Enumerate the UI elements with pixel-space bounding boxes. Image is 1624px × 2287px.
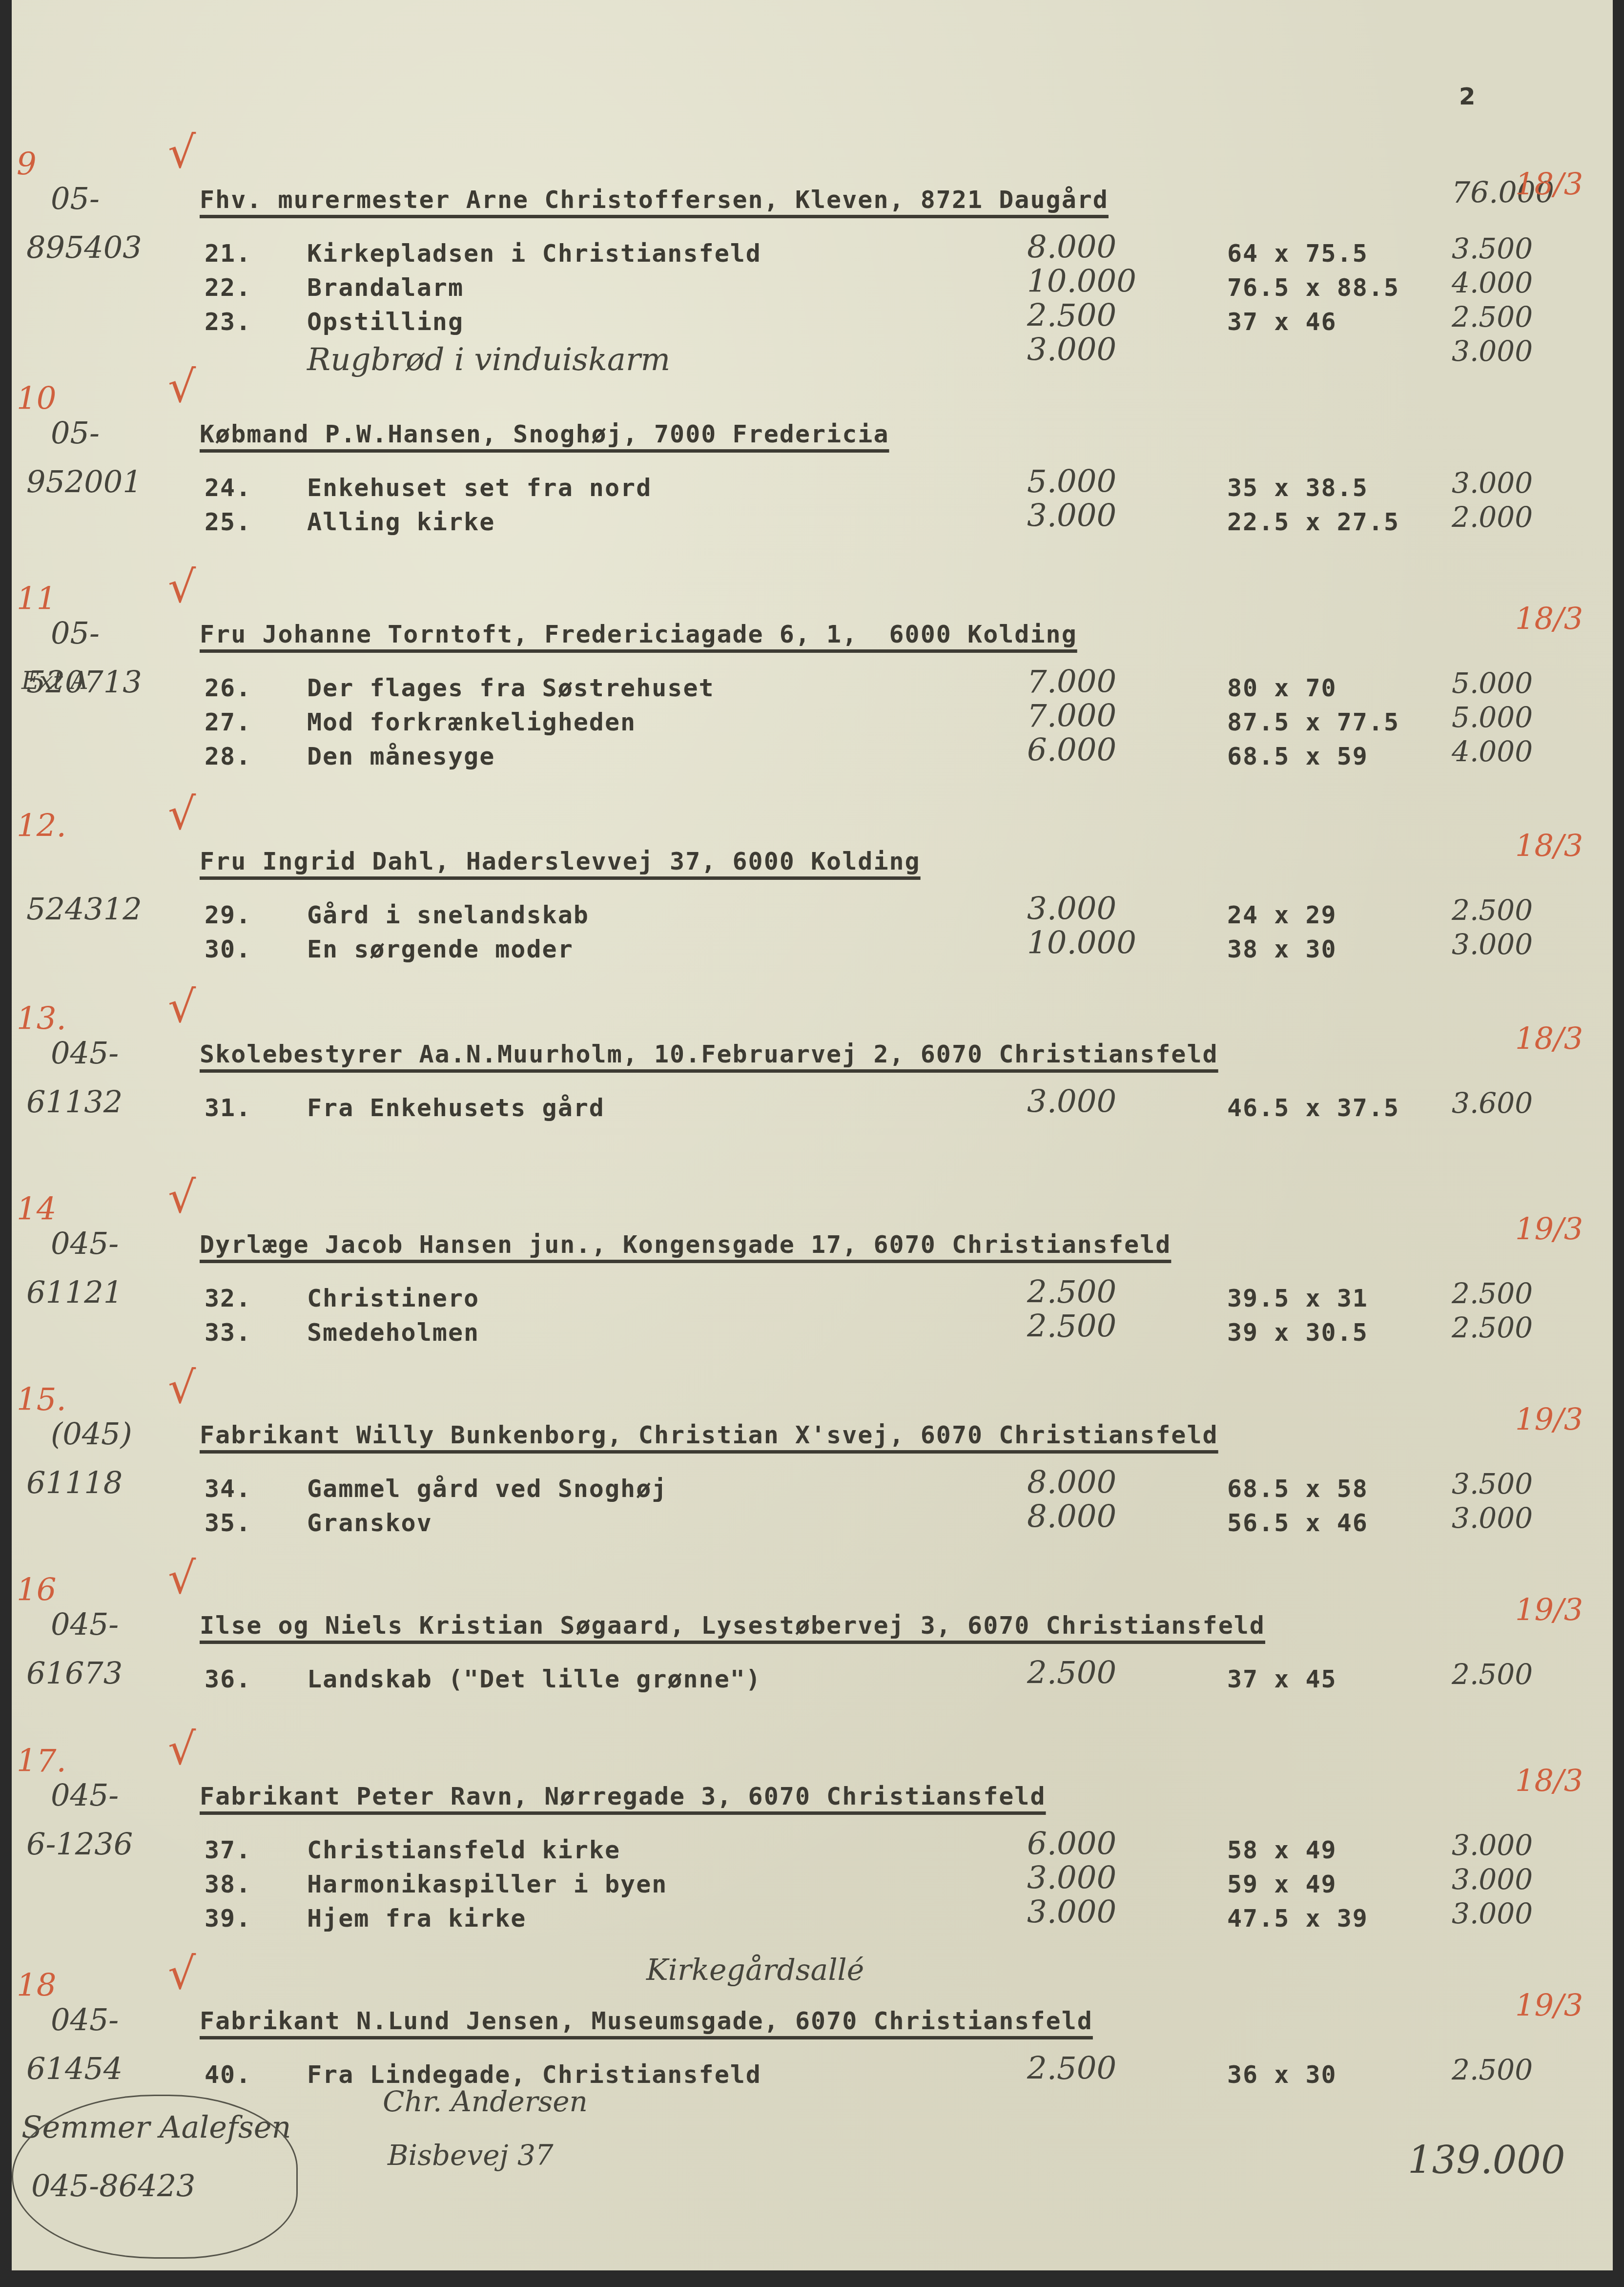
check-mark-icon: √ — [168, 1948, 196, 1999]
circle-annotation — [12, 2095, 298, 2259]
sequence-number: 15. — [17, 1382, 66, 1418]
owner-header: Ilse og Niels Kristian Søgaard, Lysestøb… — [200, 1611, 1265, 1640]
insurance-price: 2.500 — [1027, 1309, 1116, 1345]
item-title: Gård i snelandskab — [307, 901, 589, 929]
item-number: 33. — [205, 1318, 251, 1347]
accession-number: 524312 — [26, 891, 142, 927]
phone-code: 045- — [51, 1035, 119, 1071]
item-title: Brandalarm — [307, 273, 464, 302]
item-number: 29. — [205, 901, 251, 929]
item-size: 87.5 x 77.5 — [1227, 708, 1399, 736]
item-value: 3.000 — [1452, 1829, 1533, 1862]
phone-code: 05- — [51, 181, 100, 216]
item-title: Den månesyge — [307, 742, 495, 770]
item-number: 32. — [205, 1284, 251, 1312]
item-size: 47.5 x 39 — [1227, 1904, 1368, 1933]
item-value: 5.000 — [1452, 701, 1533, 734]
date-mark: 19/3 — [1515, 1401, 1583, 1437]
item-title: En sørgende moder — [307, 935, 574, 963]
insurance-price: 5.000 — [1027, 464, 1116, 500]
item-title: Rugbrød i vinduiskarm — [307, 342, 670, 378]
insurance-price: 6.000 — [1027, 732, 1116, 769]
header-correction: Kirkegårdsallé — [646, 1953, 864, 1987]
item-size: 38 x 30 — [1227, 935, 1337, 963]
sequence-number: 18 — [17, 1968, 56, 2004]
item-number: 36. — [205, 1665, 251, 1693]
date-mark: 18/3 — [1515, 828, 1583, 863]
item-value: 2.000 — [1452, 500, 1533, 534]
item-number: 30. — [205, 935, 251, 963]
item-size: 35 x 38.5 — [1227, 474, 1368, 502]
date-mark: 19/3 — [1515, 1211, 1583, 1247]
item-size: 39 x 30.5 — [1227, 1318, 1368, 1347]
item-title: Landskab ("Det lille grønne") — [307, 1665, 761, 1693]
owner-header: Dyrlæge Jacob Hansen jun., Kongensgade 1… — [200, 1230, 1171, 1259]
check-mark-icon: √ — [168, 1362, 196, 1414]
item-title: Der flages fra Søstrehuset — [307, 674, 715, 702]
date-mark: 18/3 — [1515, 1763, 1583, 1798]
item-value: 3.000 — [1452, 1863, 1533, 1896]
item-value: 4.000 — [1452, 735, 1533, 768]
accession-number: 61454 — [26, 2051, 123, 2086]
item-size: 68.5 x 59 — [1227, 742, 1368, 770]
item-value: 3.000 — [1452, 466, 1533, 499]
item-value: 3.000 — [1452, 334, 1533, 368]
item-value: 3.000 — [1452, 1501, 1533, 1535]
item-size: 68.5 x 58 — [1227, 1475, 1368, 1503]
insurance-price: 8.000 — [1027, 1499, 1116, 1535]
check-mark-icon: √ — [168, 1724, 196, 1775]
check-mark-icon: √ — [168, 127, 196, 178]
item-number: 38. — [205, 1870, 251, 1898]
phone-code: (045) — [51, 1416, 132, 1452]
item-number: 21. — [205, 239, 251, 268]
item-number: 23. — [205, 308, 251, 336]
sequence-number: 12. — [17, 808, 66, 844]
sequence-number: 17. — [17, 1743, 66, 1779]
insurance-price: 10.000 — [1027, 925, 1136, 961]
item-value: 2.500 — [1452, 300, 1533, 333]
item-number: 24. — [205, 474, 251, 502]
item-title: Alling kirke — [307, 508, 495, 536]
item-size: 46.5 x 37.5 — [1227, 1094, 1399, 1122]
phone-code: 045- — [51, 1777, 119, 1813]
owner-header: Skolebestyrer Aa.N.Muurholm, 10.Februarv… — [200, 1040, 1218, 1068]
item-value: 3.500 — [1452, 232, 1533, 265]
date-mark: 19/3 — [1515, 1987, 1583, 2023]
owner-header: Fhv. murermester Arne Christoffersen, Kl… — [200, 186, 1109, 214]
owner-header: Fabrikant N.Lund Jensen, Museumsgade, 60… — [200, 2007, 1093, 2035]
phone-code: 045- — [51, 1606, 119, 1642]
item-value: 2.500 — [1452, 2053, 1533, 2086]
phone-code: 045- — [51, 1226, 119, 1261]
item-value: 2.500 — [1452, 1277, 1533, 1310]
insurance-price: 8.000 — [1027, 229, 1116, 266]
owner-header: Fabrikant Willy Bunkenborg, Christian X'… — [200, 1421, 1218, 1449]
date-mark: 18/3 — [1515, 1020, 1583, 1056]
owner-header: Fru Johanne Torntoft, Fredericiagade 6, … — [200, 620, 1077, 648]
item-title: Hjem fra kirke — [307, 1904, 526, 1933]
item-size: 80 x 70 — [1227, 674, 1337, 702]
item-value: 3.500 — [1452, 1467, 1533, 1500]
item-size: 58 x 49 — [1227, 1836, 1337, 1864]
item-title: Christinero — [307, 1284, 479, 1312]
owner-header: Købmand P.W.Hansen, Snoghøj, 7000 Freder… — [200, 420, 889, 448]
item-title: Christiansfeld kirke — [307, 1836, 620, 1864]
insurance-price: 7.000 — [1027, 664, 1116, 700]
item-title: Enkehuset set fra nord — [307, 474, 652, 502]
item-value: 2.500 — [1452, 1311, 1533, 1344]
item-title: Kirkepladsen i Christiansfeld — [307, 239, 761, 268]
insurance-price: 2.500 — [1027, 298, 1116, 334]
item-title: Harmonikaspiller i byen — [307, 1870, 667, 1898]
item-value: 3.000 — [1452, 928, 1533, 961]
sequence-number: 16 — [17, 1572, 56, 1608]
item-number: 26. — [205, 674, 251, 702]
insurance-price: 8.000 — [1027, 1465, 1116, 1501]
item-size: 22.5 x 27.5 — [1227, 508, 1399, 536]
item-value: 5.000 — [1452, 666, 1533, 700]
accession-number: 61118 — [26, 1465, 123, 1500]
margin-note: Ext A — [21, 666, 88, 695]
accession-number: 6-1236 — [26, 1826, 133, 1862]
accession-number: 61132 — [26, 1084, 123, 1120]
accession-number: 895403 — [26, 229, 142, 265]
item-size: 37 x 45 — [1227, 1665, 1337, 1693]
item-title: Opstilling — [307, 308, 464, 336]
item-size: 64 x 75.5 — [1227, 239, 1368, 268]
item-title: Mod forkrænkeligheden — [307, 708, 636, 736]
check-mark-icon: √ — [168, 981, 196, 1033]
item-title: Fra Enkehusets gård — [307, 1094, 605, 1122]
grand-total: 139.000 — [1408, 2139, 1565, 2183]
item-number: 31. — [205, 1094, 251, 1122]
item-number: 35. — [205, 1509, 251, 1537]
item-size: 39.5 x 31 — [1227, 1284, 1368, 1312]
check-mark-icon: √ — [168, 1553, 196, 1604]
phone-code: 05- — [51, 615, 100, 651]
insurance-price: 6.000 — [1027, 1826, 1116, 1862]
insurance-price: 2.500 — [1027, 2051, 1116, 2087]
item-number: 27. — [205, 708, 251, 736]
insurance-price: 10.000 — [1027, 264, 1136, 300]
document-page: 2 76.000 9√05-89540318/3Fhv. murermester… — [12, 0, 1613, 2270]
date-mark: 18/3 — [1515, 166, 1583, 202]
item-value: 3.000 — [1452, 1897, 1533, 1930]
item-value: 2.500 — [1452, 894, 1533, 927]
insurance-price: 3.000 — [1027, 498, 1116, 534]
item-number: 22. — [205, 273, 251, 302]
item-size: 76.5 x 88.5 — [1227, 273, 1399, 302]
address-line2: Bisbevej 37 — [388, 2139, 554, 2172]
address-line1: Chr. Andersen — [383, 2085, 588, 2118]
phone-code: 045- — [51, 2002, 119, 2038]
insurance-price: 3.000 — [1027, 1084, 1116, 1120]
insurance-price: 3.000 — [1027, 332, 1116, 368]
check-mark-icon: √ — [168, 789, 196, 840]
date-mark: 19/3 — [1515, 1592, 1583, 1627]
check-mark-icon: √ — [168, 1172, 196, 1223]
item-size: 24 x 29 — [1227, 901, 1337, 929]
accession-number: 61121 — [26, 1274, 123, 1310]
sequence-number: 11 — [17, 581, 56, 617]
sequence-number: 9 — [17, 146, 37, 183]
item-number: 25. — [205, 508, 251, 536]
insurance-price: 3.000 — [1027, 891, 1116, 927]
accession-number: 952001 — [26, 464, 142, 499]
item-number: 37. — [205, 1836, 251, 1864]
item-size: 59 x 49 — [1227, 1870, 1337, 1898]
sequence-number: 13. — [17, 1001, 66, 1037]
item-value: 4.000 — [1452, 266, 1533, 299]
check-mark-icon: √ — [168, 361, 196, 413]
insurance-price: 3.000 — [1027, 1894, 1116, 1931]
item-number: 39. — [205, 1904, 251, 1933]
check-mark-icon: √ — [168, 561, 196, 613]
item-number: 40. — [205, 2060, 251, 2089]
owner-header: Fru Ingrid Dahl, Haderslevvej 37, 6000 K… — [200, 847, 921, 875]
accession-number: 61673 — [26, 1655, 123, 1691]
item-title: Smedeholmen — [307, 1318, 479, 1347]
item-size: 37 x 46 — [1227, 308, 1337, 336]
phone-code: 05- — [51, 415, 100, 451]
owner-header: Fabrikant Peter Ravn, Nørregade 3, 6070 … — [200, 1782, 1046, 1810]
sequence-number: 14 — [17, 1191, 56, 1227]
date-mark: 18/3 — [1515, 601, 1583, 636]
item-number: 28. — [205, 742, 251, 770]
page-number: 2 — [1459, 83, 1475, 110]
insurance-price: 2.500 — [1027, 1655, 1116, 1691]
item-title: Gammel gård ved Snoghøj — [307, 1475, 667, 1503]
item-value: 3.600 — [1452, 1086, 1533, 1120]
item-title: Granskov — [307, 1509, 432, 1537]
item-size: 56.5 x 46 — [1227, 1509, 1368, 1537]
sequence-number: 10 — [17, 381, 56, 417]
item-number: 34. — [205, 1475, 251, 1503]
item-value: 2.500 — [1452, 1658, 1533, 1691]
insurance-price: 3.000 — [1027, 1860, 1116, 1896]
insurance-price: 7.000 — [1027, 698, 1116, 734]
insurance-price: 2.500 — [1027, 1274, 1116, 1310]
item-size: 36 x 30 — [1227, 2060, 1337, 2089]
